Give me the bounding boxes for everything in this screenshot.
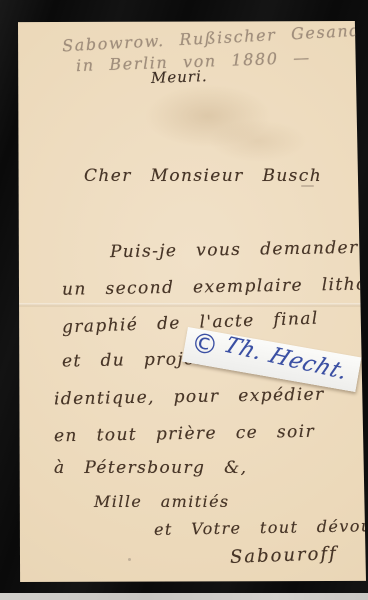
copyright-icon: © xyxy=(189,329,220,360)
body-line: en tout prière ce soir xyxy=(54,424,315,446)
body-line: un second exemplaire litho- xyxy=(62,276,368,298)
pencil-annotation-line1: Sabowrow. Rußischer Gesandte xyxy=(62,22,368,55)
letter-photo: Sabowrow. Rußischer Gesandte in Berlin v… xyxy=(0,0,368,600)
signature-sabouroff: Sabouroff xyxy=(230,545,338,567)
dealer-slip: © Th. Hecht. xyxy=(182,327,361,392)
closing-line: et Votre tout dévoué xyxy=(154,518,368,538)
dealer-slip-writing: © Th. Hecht. xyxy=(189,329,352,383)
paper-speck xyxy=(128,558,131,561)
body-line: identique, pour expédier xyxy=(54,387,325,409)
body-line: Puis-je vous demander xyxy=(110,240,359,261)
ink-date-note: Meuri. xyxy=(151,69,208,86)
salutation: Cher Monsieur Busch xyxy=(84,168,322,185)
paper-fold-crease xyxy=(18,303,366,307)
closing-line: Mille amitiés xyxy=(94,494,230,510)
body-line: à Pétersbourg &, xyxy=(54,460,247,477)
dealer-slip-name: Th. Hecht. xyxy=(220,333,354,385)
scan-edge-strip xyxy=(0,593,368,600)
letter-paper: Sabowrow. Rußischer Gesandte in Berlin v… xyxy=(18,21,366,582)
